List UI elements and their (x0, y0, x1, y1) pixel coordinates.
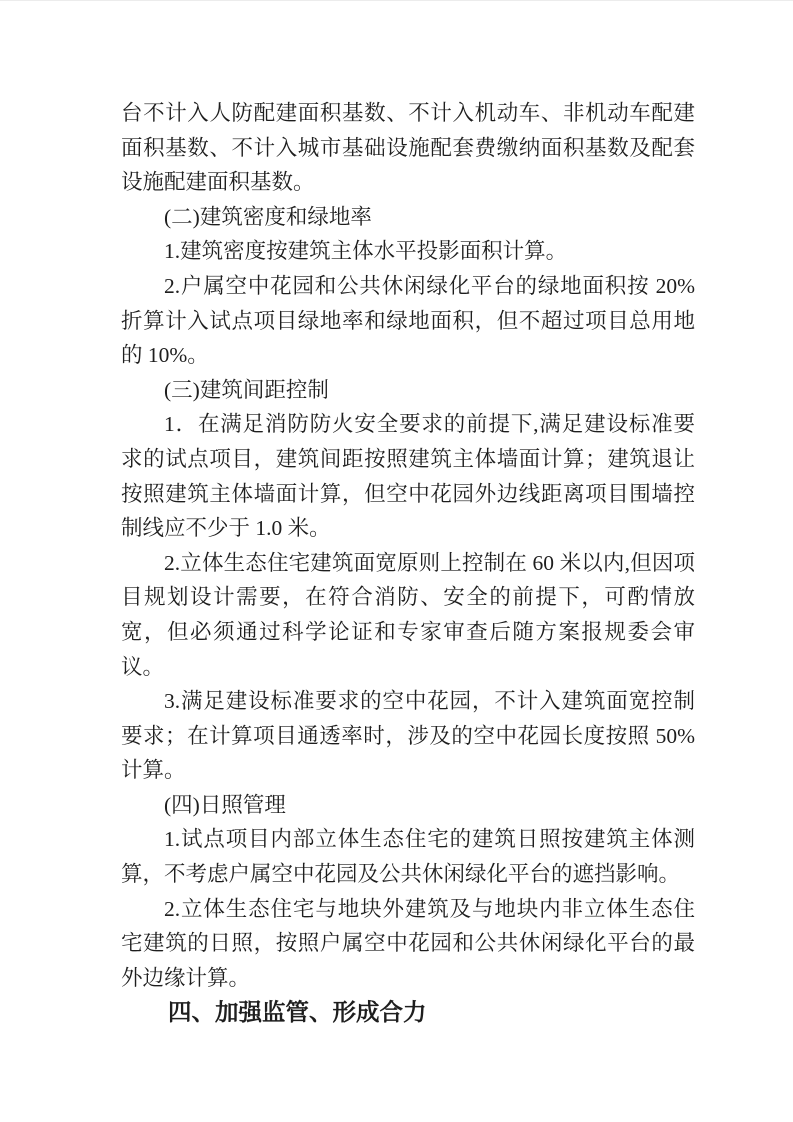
chapter-heading-supervision: 四、加强监管、形成合力 (121, 995, 695, 1030)
paragraph-sunlight-item-1: 1.试点项目内部立体生态住宅的建筑日照按建筑主体测算，不考虑户属空中花园及公共休… (121, 822, 695, 891)
section-heading-density: (二)建筑密度和绿地率 (121, 200, 695, 235)
paragraph-density-item-1: 1.建筑密度按建筑主体水平投影面积计算。 (121, 234, 695, 269)
paragraph-spacing-item-1: 1．在满足消防防火安全要求的前提下,满足建设标准要求的试点项目，建筑间距按照建筑… (121, 407, 695, 545)
paragraph-sunlight-item-2: 2.立体生态住宅与地块外建筑及与地块内非立体生态住宅建筑的日照，按照户属空中花园… (121, 892, 695, 996)
paragraph-density-item-2: 2.户属空中花园和公共休闲绿化平台的绿地面积按 20%折算计入试点项目绿地率和绿… (121, 269, 695, 373)
document-page: 台不计入人防配建面积基数、不计入机动车、非机动车配建面积基数、不计入城市基础设施… (0, 0, 793, 1122)
paragraph-spacing-item-2: 2.立体生态住宅建筑面宽原则上控制在 60 米以内,但因项目规划设计需要，在符合… (121, 546, 695, 684)
section-heading-sunlight: (四)日照管理 (121, 788, 695, 823)
paragraph-spacing-item-3: 3.满足建设标准要求的空中花园，不计入建筑面宽控制要求；在计算项目通透率时，涉及… (121, 684, 695, 788)
section-heading-spacing: (三)建筑间距控制 (121, 373, 695, 408)
paragraph-continuation: 台不计入人防配建面积基数、不计入机动车、非机动车配建面积基数、不计入城市基础设施… (121, 96, 695, 200)
document-text-block: 台不计入人防配建面积基数、不计入机动车、非机动车配建面积基数、不计入城市基础设施… (121, 96, 695, 1030)
